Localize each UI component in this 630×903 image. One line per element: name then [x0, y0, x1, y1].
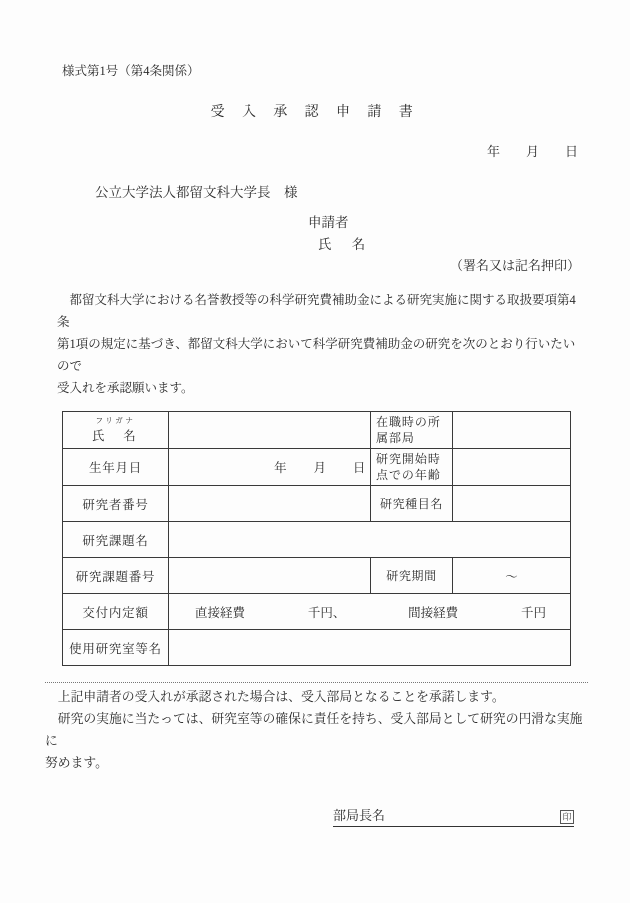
consent-line: 努めます。 [45, 752, 590, 774]
table-row-project-title: 研究課題名 [63, 522, 571, 558]
signature-note: （署名又は記名押印） [45, 257, 580, 275]
researcher-number-field-label: 研究者番号 [63, 486, 169, 522]
dotted-divider [45, 682, 588, 683]
table-row-birth: 生年月日 年 月 日 研究開始時点での年齢 [63, 449, 571, 486]
applicant-name-label: 氏 名 [318, 236, 580, 254]
project-number-field-label: 研究課題番号 [63, 558, 169, 594]
body-paragraph: 都留文科大学における名誉教授等の科学研究費補助金による研究実施に関する取扱要項第… [57, 289, 581, 399]
table-row-name: フリガナ 氏 名 在職時の所属部局 [63, 412, 571, 449]
research-period-value-cell: ～ [453, 558, 571, 594]
director-signature-line: 部局長名 印 [333, 807, 574, 827]
body-paragraph-line: 第1項の規定に基づき、都留文科大学において科学研究費補助金の研究を次のとおり行い… [57, 333, 581, 377]
indirect-cost-label: 間接経費 [408, 603, 458, 621]
table-row-project-number: 研究課題番号 研究期間 ～ [63, 558, 571, 594]
addressee-line: 公立大学法人都留文科大学長 様 [95, 184, 580, 202]
table-row-lab: 使用研究室等名 [63, 630, 571, 666]
age-value-cell [453, 449, 571, 486]
lab-field-label: 使用研究室等名 [63, 630, 169, 666]
document-page: 様式第1号（第4条関係） 受 入 承 認 申 請 書 年 月 日 公立大学法人都… [0, 0, 630, 903]
seal-mark: 印 [562, 813, 571, 822]
project-number-value-cell [169, 558, 371, 594]
funding-field-label: 交付内定額 [63, 594, 169, 630]
application-table: フリガナ 氏 名 在職時の所属部局 生年月日 年 月 日 研究開始時点での年齢 … [62, 411, 571, 666]
age-field-label: 研究開始時点での年齢 [371, 449, 453, 486]
table-row-researcher-number: 研究者番号 研究種目名 [63, 486, 571, 522]
research-category-value-cell [453, 486, 571, 522]
director-name-label: 部局長名 [333, 807, 385, 825]
name-value-cell [169, 412, 371, 449]
furigana-label: フリガナ [67, 416, 164, 425]
funding-value-cell: 直接経費 千円、 間接経費 千円 [169, 594, 571, 630]
lab-value-cell [169, 630, 571, 666]
research-category-field-label: 研究種目名 [371, 486, 453, 522]
indirect-cost-unit: 千円 [521, 603, 546, 621]
seal-box: 印 [560, 810, 574, 824]
consent-line: 上記申請者の受入れが承認された場合は、受入部局となることを承諾します。 [45, 686, 590, 708]
project-title-value-cell [169, 522, 571, 558]
table-row-funding: 交付内定額 直接経費 千円、 間接経費 千円 [63, 594, 571, 630]
document-title: 受 入 承 認 申 請 書 [45, 103, 580, 122]
consent-line: 研究の実施に当たっては、研究室等の確保に責任を持ち、受入部局として研究の円滑な実… [45, 708, 590, 752]
body-paragraph-line: 受入れを承認願います。 [57, 377, 581, 399]
project-title-field-label: 研究課題名 [63, 522, 169, 558]
researcher-number-value-cell [169, 486, 371, 522]
affiliation-field-label: 在職時の所属部局 [371, 412, 453, 449]
name-field-label: フリガナ 氏 名 [63, 412, 169, 449]
applicant-label: 申請者 [308, 214, 580, 232]
birthdate-field-label: 生年月日 [63, 449, 169, 486]
direct-cost-unit: 千円、 [308, 603, 346, 621]
affiliation-value-cell [453, 412, 571, 449]
consent-paragraph: 上記申請者の受入れが承認された場合は、受入部局となることを承諾します。 研究の実… [45, 686, 590, 774]
body-paragraph-line: 都留文科大学における名誉教授等の科学研究費補助金による研究実施に関する取扱要項第… [57, 289, 581, 333]
form-number: 様式第1号（第4条関係） [62, 63, 580, 80]
research-period-field-label: 研究期間 [371, 558, 453, 594]
birthdate-value-cell: 年 月 日 [169, 449, 371, 486]
date-line: 年 月 日 [45, 143, 580, 161]
direct-cost-label: 直接経費 [195, 603, 245, 621]
